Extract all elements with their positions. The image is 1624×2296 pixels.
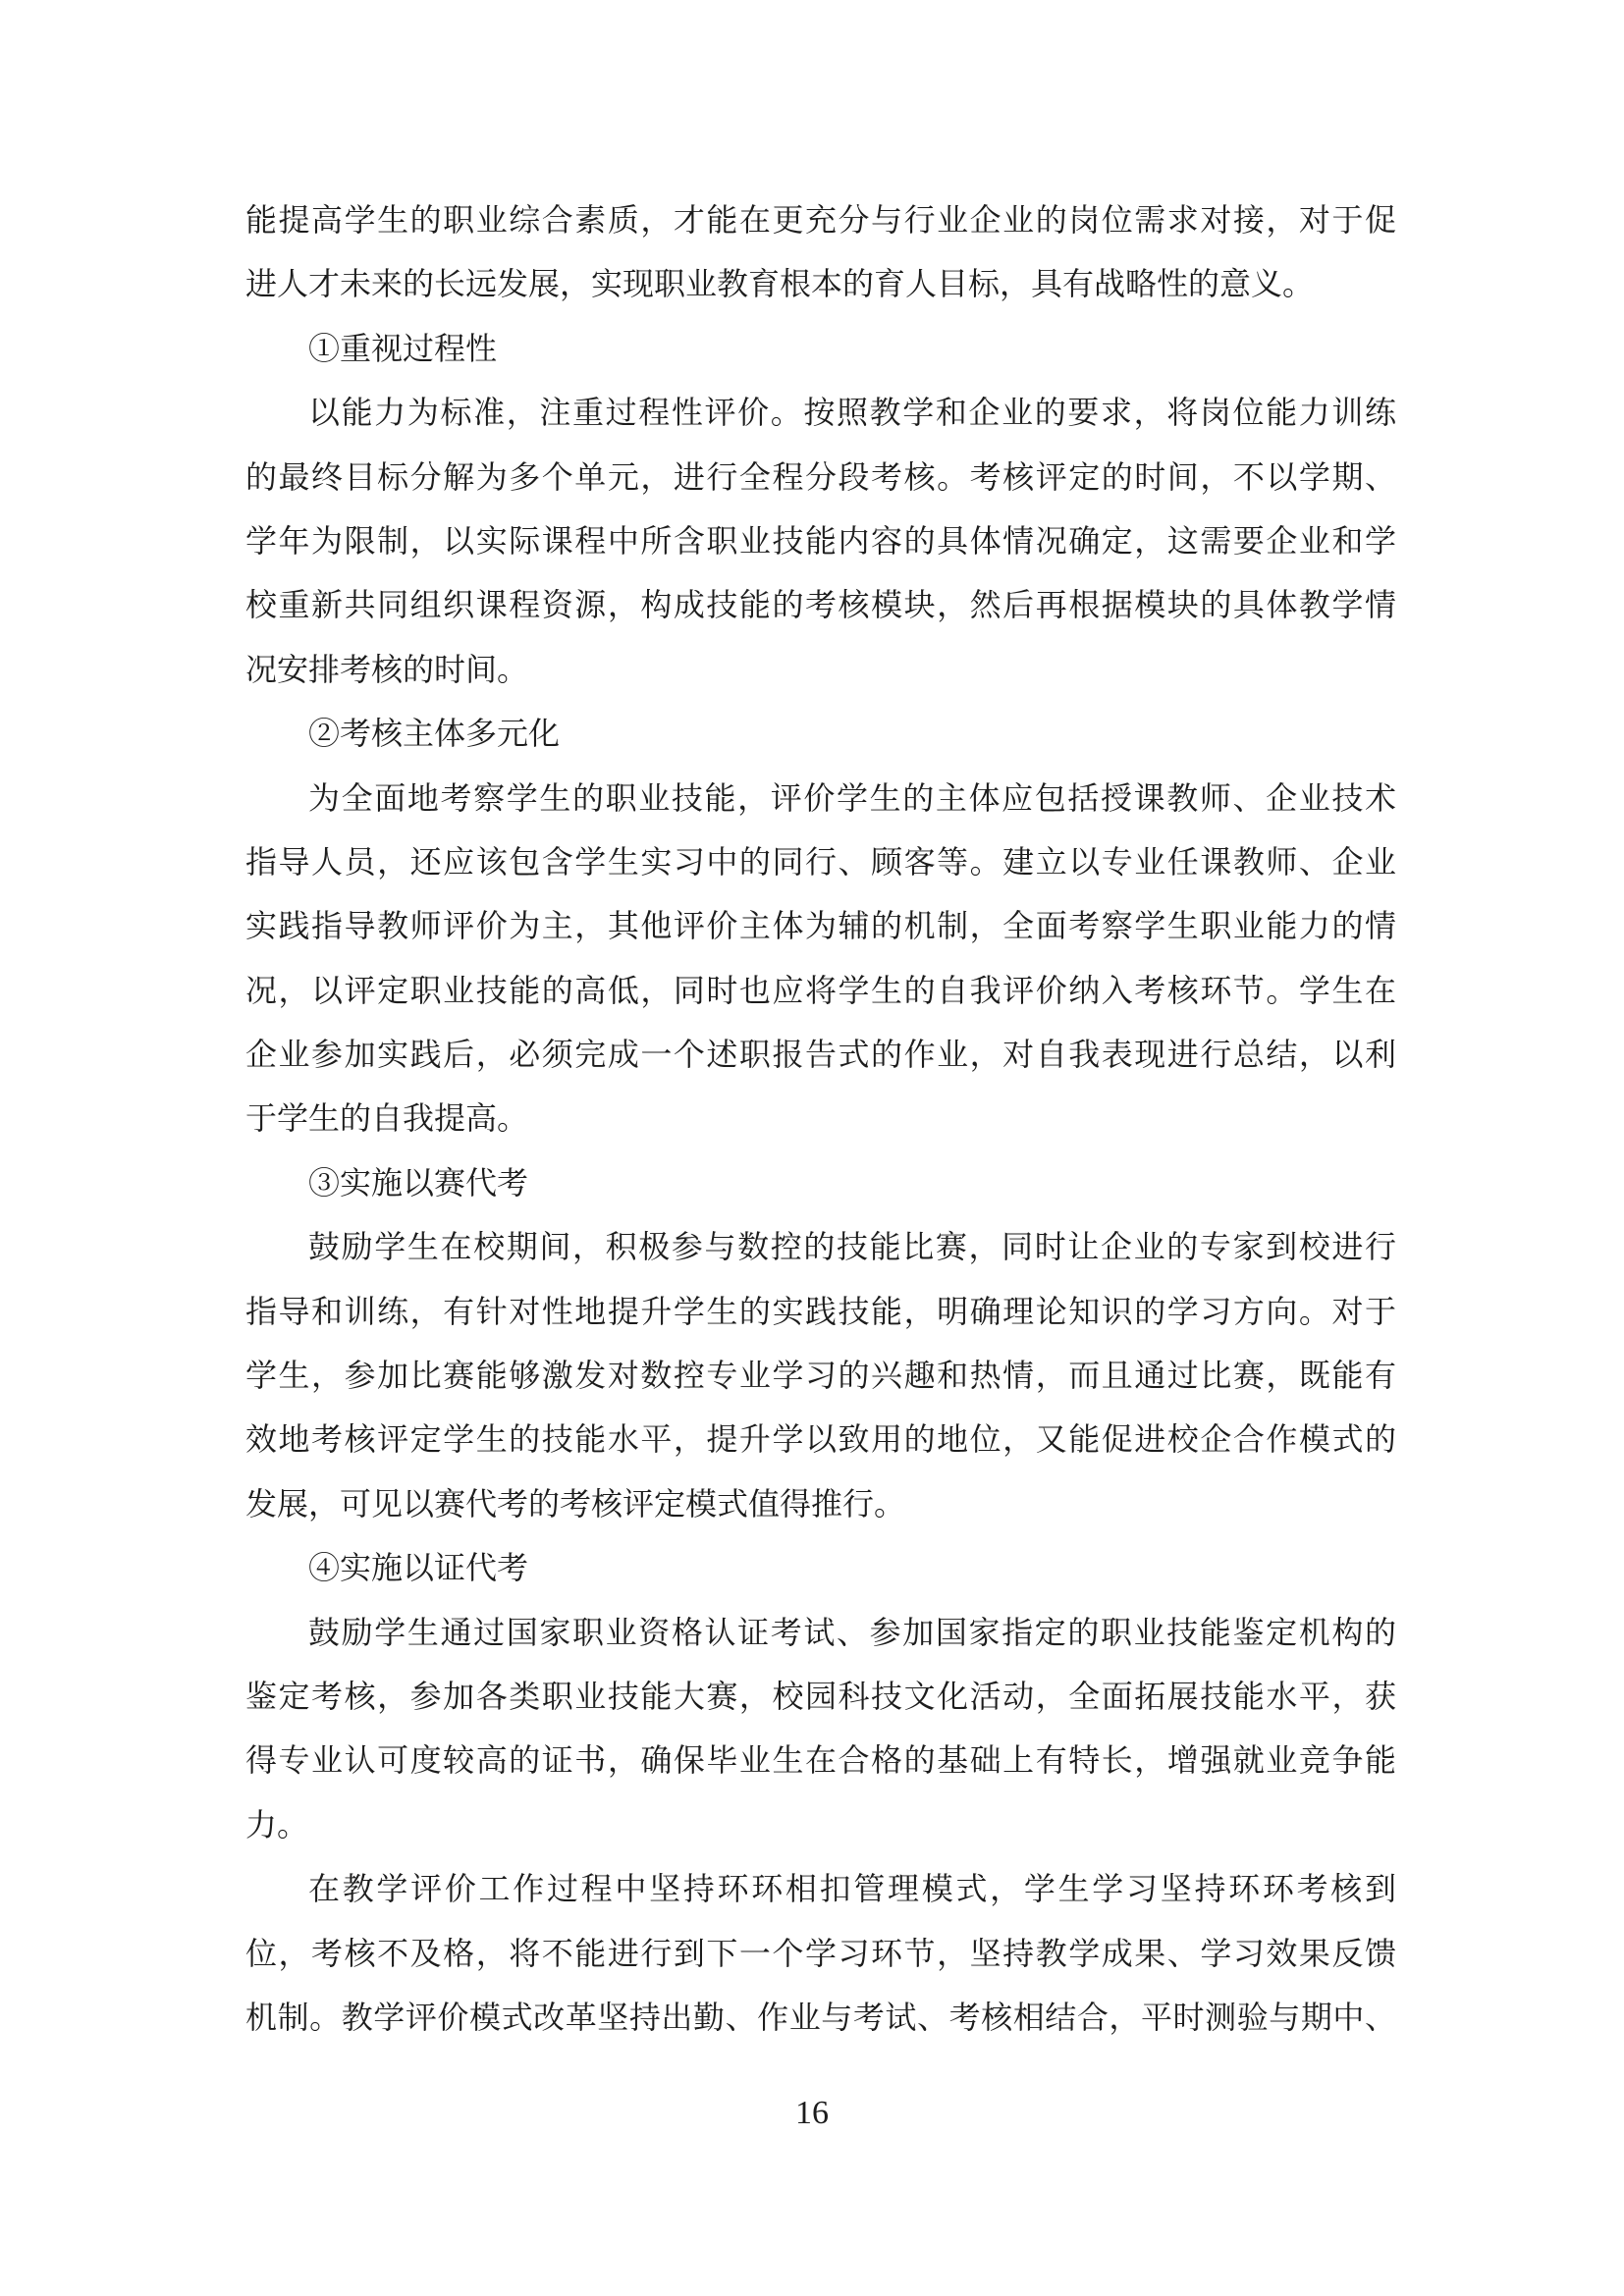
text-line: 鼓励学生通过国家职业资格认证考试、参加国家指定的职业技能鉴定机构的 (245, 1601, 1396, 1665)
text-line: 鼓励学生在校期间，积极参与数控的技能比赛，同时让企业的专家到校进行 (245, 1215, 1396, 1279)
text-line: 在教学评价工作过程中坚持环环相扣管理模式，学生学习坚持环环考核到 (245, 1857, 1396, 1921)
text-line: 机制。教学评价模式改革坚持出勤、作业与考试、考核相结合，平时测验与期中、 (245, 1986, 1396, 2050)
text-line: 效地考核评定学生的技能水平，提升学以致用的地位，又能促进校企合作模式的 (245, 1408, 1396, 1471)
text-line: 力。 (245, 1793, 1396, 1857)
text-line: 为全面地考察学生的职业技能，评价学生的主体应包括授课教师、企业技术 (245, 767, 1396, 830)
text-line: 于学生的自我提高。 (245, 1087, 1396, 1150)
text-line: 学生，参加比赛能够激发对数控专业学习的兴趣和热情，而且通过比赛，既能有 (245, 1344, 1396, 1408)
text-line: 能提高学生的职业综合素质，才能在更充分与行业企业的岗位需求对接，对于促 (245, 188, 1396, 252)
text-line: 发展，可见以赛代考的考核评定模式值得推行。 (245, 1472, 1396, 1536)
section-heading: ③实施以赛代考 (245, 1151, 1396, 1215)
body-text-block: 能提高学生的职业综合素质，才能在更充分与行业企业的岗位需求对接，对于促 进人才未… (245, 188, 1396, 2050)
text-line: 鉴定考核，参加各类职业技能大赛，校园科技文化活动，全面拓展技能水平，获 (245, 1665, 1396, 1729)
text-line: 况安排考核的时间。 (245, 638, 1396, 702)
text-line: 的最终目标分解为多个单元，进行全程分段考核。考核评定的时间，不以学期、 (245, 446, 1396, 509)
section-heading: ②考核主体多元化 (245, 702, 1396, 766)
text-line: 得专业认可度较高的证书，确保毕业生在合格的基础上有特长，增强就业竞争能 (245, 1729, 1396, 1792)
section-heading: ④实施以证代考 (245, 1536, 1396, 1600)
document-page: 能提高学生的职业综合素质，才能在更充分与行业企业的岗位需求对接，对于促 进人才未… (0, 0, 1624, 2296)
text-line: 位，考核不及格，将不能进行到下一个学习环节，坚持教学成果、学习效果反馈 (245, 1922, 1396, 1986)
text-line: 况，以评定职业技能的高低，同时也应将学生的自我评价纳入考核环节。学生在 (245, 959, 1396, 1023)
text-line: 指导和训练，有针对性地提升学生的实践技能，明确理论知识的学习方向。对于 (245, 1280, 1396, 1344)
text-line: 实践指导教师评价为主，其他评价主体为辅的机制，全面考察学生职业能力的情 (245, 894, 1396, 958)
text-line: 企业参加实践后，必须完成一个述职报告式的作业，对自我表现进行总结，以利 (245, 1023, 1396, 1087)
text-line: 指导人员，还应该包含学生实习中的同行、顾客等。建立以专业任课教师、企业 (245, 830, 1396, 894)
text-line: 校重新共同组织课程资源，构成技能的考核模块，然后再根据模块的具体教学情 (245, 573, 1396, 637)
page-number: 16 (0, 2090, 1624, 2137)
section-heading: ①重视过程性 (245, 317, 1396, 381)
text-line: 学年为限制，以实际课程中所含职业技能内容的具体情况确定，这需要企业和学 (245, 509, 1396, 573)
text-line: 以能力为标准，注重过程性评价。按照教学和企业的要求，将岗位能力训练 (245, 381, 1396, 445)
text-line: 进人才未来的长远发展，实现职业教育根本的育人目标，具有战略性的意义。 (245, 252, 1396, 316)
